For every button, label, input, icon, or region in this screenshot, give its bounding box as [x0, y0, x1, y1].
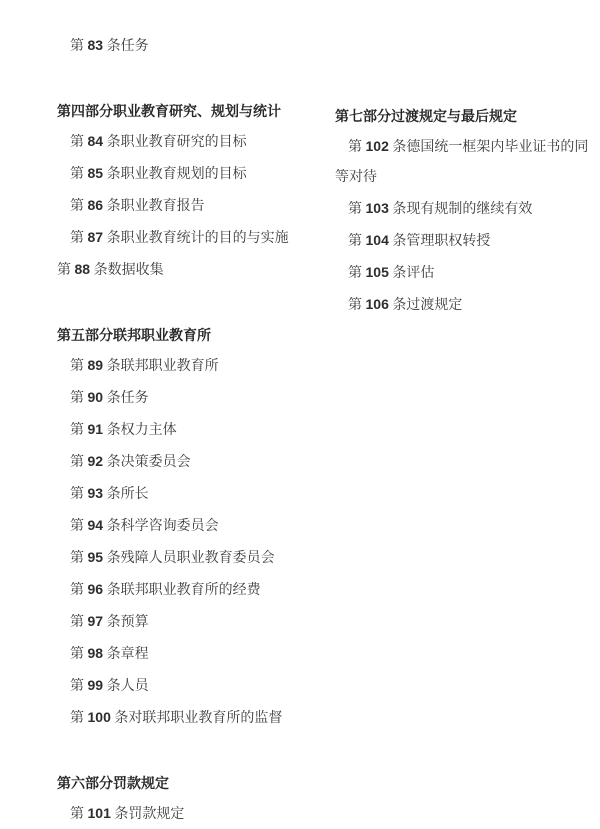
- document-page: 第 83 条任务 第四部分职业教育研究、规划与统计 第 84 条职业教育研究的目…: [0, 0, 600, 829]
- toc-entry: 第 83 条任务: [57, 30, 295, 62]
- toc-entry-title: 条联邦职业教育所的经费: [103, 583, 261, 598]
- toc-entry-prefix: 第: [70, 359, 88, 374]
- toc-entry-title: 条人员: [103, 679, 149, 694]
- toc-entry-prefix: 第: [70, 135, 88, 150]
- toc-entry-prefix: 第: [70, 391, 88, 406]
- toc-entry-article-number: 101: [88, 805, 111, 821]
- toc-entry-article-number: 99: [88, 677, 104, 693]
- toc-entry: 第 106 条过渡规定: [335, 289, 593, 321]
- toc-entry: 第 87 条职业教育统计的目的与实施: [57, 222, 295, 254]
- toc-entry-prefix: 第: [70, 615, 88, 630]
- toc-entry-title: 条现有规制的继续有效: [389, 202, 533, 217]
- toc-entry-title: 条权力主体: [103, 423, 177, 438]
- toc-entry-article-number: 84: [88, 133, 104, 149]
- toc-entry-title: 条过渡规定: [389, 298, 463, 313]
- toc-left-column: 第 83 条任务 第四部分职业教育研究、规划与统计 第 84 条职业教育研究的目…: [57, 30, 295, 829]
- toc-entry-title: 条残障人员职业教育委员会: [103, 551, 275, 566]
- toc-entry: 第 102 条德国统一框架内毕业证书的同等对待: [335, 131, 593, 193]
- toc-entry-article-number: 104: [366, 232, 389, 248]
- toc-entry-article-number: 90: [88, 389, 104, 405]
- toc-entry-prefix: 第: [70, 231, 88, 246]
- toc-entry-prefix: 第: [348, 202, 366, 217]
- section-heading: 第五部分联邦职业教育所: [57, 320, 295, 350]
- toc-entry-prefix: 第: [348, 140, 366, 155]
- toc-entry-title: 条职业教育统计的目的与实施: [103, 231, 289, 246]
- toc-entry-title: 条预算: [103, 615, 149, 630]
- toc-entry-article-number: 98: [88, 645, 104, 661]
- toc-right-column: 第七部分过渡规定与最后规定 第 102 条德国统一框架内毕业证书的同等对待 第 …: [335, 67, 593, 321]
- toc-entry-article-number: 95: [88, 549, 104, 565]
- toc-entry: 第 101 条罚款规定: [57, 798, 295, 829]
- toc-entry-prefix: 第: [70, 167, 88, 182]
- toc-entry: 第 88 条数据收集: [57, 254, 295, 286]
- toc-entry-article-number: 83: [88, 37, 104, 53]
- toc-entry-title: 条章程: [103, 647, 149, 662]
- toc-entry: 第 103 条现有规制的继续有效: [335, 193, 593, 225]
- toc-entry: 第 90 条任务: [57, 382, 295, 414]
- toc-entry-title: 条科学咨询委员会: [103, 519, 219, 534]
- toc-entry-article-number: 100: [88, 709, 111, 725]
- toc-entry-article-number: 105: [366, 264, 389, 280]
- toc-entry-prefix: 第: [348, 234, 366, 249]
- section-heading-text: 第六部分罚款规定: [57, 775, 169, 791]
- toc-entry-article-number: 102: [366, 138, 389, 154]
- toc-entry-title: 条评估: [389, 266, 435, 281]
- toc-entry-article-number: 85: [88, 165, 104, 181]
- toc-entry: 第 98 条章程: [57, 638, 295, 670]
- toc-entry-title: 条职业教育规划的目标: [103, 167, 247, 182]
- toc-entry-article-number: 88: [75, 261, 91, 277]
- toc-entry: 第 97 条预算: [57, 606, 295, 638]
- toc-entry-prefix: 第: [70, 711, 88, 726]
- toc-entry-title: 条罚款规定: [111, 807, 185, 822]
- toc-entry-prefix: 第: [70, 551, 88, 566]
- toc-entry-prefix: 第: [70, 519, 88, 534]
- toc-entry-title: 条联邦职业教育所: [103, 359, 219, 374]
- toc-entry: 第 100 条对联邦职业教育所的监督: [57, 702, 295, 734]
- toc-entry-title: 条对联邦职业教育所的监督: [111, 711, 283, 726]
- toc-entry: 第 84 条职业教育研究的目标: [57, 126, 295, 158]
- toc-entry: 第 92 条决策委员会: [57, 446, 295, 478]
- toc-entry-title: 条任务: [103, 391, 149, 406]
- toc-entry-prefix: 第: [348, 266, 366, 281]
- toc-entry-article-number: 92: [88, 453, 104, 469]
- toc-entry: 第 89 条联邦职业教育所: [57, 350, 295, 382]
- toc-entry: 第 94 条科学咨询委员会: [57, 510, 295, 542]
- toc-entry-prefix: 第: [70, 199, 88, 214]
- section-heading-text: 第七部分过渡规定与最后规定: [335, 108, 517, 124]
- toc-entry-article-number: 94: [88, 517, 104, 533]
- toc-entry: 第 96 条联邦职业教育所的经费: [57, 574, 295, 606]
- toc-entry-prefix: 第: [70, 455, 88, 470]
- toc-entry-article-number: 97: [88, 613, 104, 629]
- toc-entry-title: 条决策委员会: [103, 455, 191, 470]
- toc-entry: 第 91 条权力主体: [57, 414, 295, 446]
- toc-entry-prefix: 第: [70, 487, 88, 502]
- toc-entry-article-number: 93: [88, 485, 104, 501]
- section-heading: 第七部分过渡规定与最后规定: [335, 101, 593, 131]
- toc-entry-article-number: 91: [88, 421, 104, 437]
- toc-entry-prefix: 第: [70, 647, 88, 662]
- toc-entry-title: 条管理职权转授: [389, 234, 491, 249]
- toc-entry-title: 条职业教育研究的目标: [103, 135, 247, 150]
- toc-entry-prefix: 第: [70, 807, 88, 822]
- toc-entry-prefix: 第: [70, 679, 88, 694]
- toc-entry-article-number: 89: [88, 357, 104, 373]
- toc-entry-prefix: 第: [70, 583, 88, 598]
- toc-entry: 第 85 条职业教育规划的目标: [57, 158, 295, 190]
- toc-entry: 第 105 条评估: [335, 257, 593, 289]
- toc-entry: 第 104 条管理职权转授: [335, 225, 593, 257]
- toc-entry-title: 条职业教育报告: [103, 199, 205, 214]
- section-heading-text: 第四部分职业教育研究、规划与统计: [57, 103, 281, 119]
- toc-entry-article-number: 86: [88, 197, 104, 213]
- section-heading: 第四部分职业教育研究、规划与统计: [57, 96, 295, 126]
- toc-entry-title: 条所长: [103, 487, 149, 502]
- toc-entry-prefix: 第: [57, 263, 75, 278]
- toc-entry-article-number: 106: [366, 296, 389, 312]
- section-heading: 第六部分罚款规定: [57, 768, 295, 798]
- toc-entry-prefix: 第: [70, 423, 88, 438]
- section-heading-text: 第五部分联邦职业教育所: [57, 327, 211, 343]
- toc-entry: 第 95 条残障人员职业教育委员会: [57, 542, 295, 574]
- toc-entry-article-number: 103: [366, 200, 389, 216]
- toc-entry: 第 93 条所长: [57, 478, 295, 510]
- toc-entry-title: 条数据收集: [90, 263, 164, 278]
- toc-entry-article-number: 96: [88, 581, 104, 597]
- toc-entry: 第 99 条人员: [57, 670, 295, 702]
- toc-entry-prefix: 第: [70, 39, 88, 54]
- toc-entry-title: 条任务: [103, 39, 149, 54]
- toc-entry-prefix: 第: [348, 298, 366, 313]
- toc-entry: 第 86 条职业教育报告: [57, 190, 295, 222]
- toc-entry-article-number: 87: [88, 229, 104, 245]
